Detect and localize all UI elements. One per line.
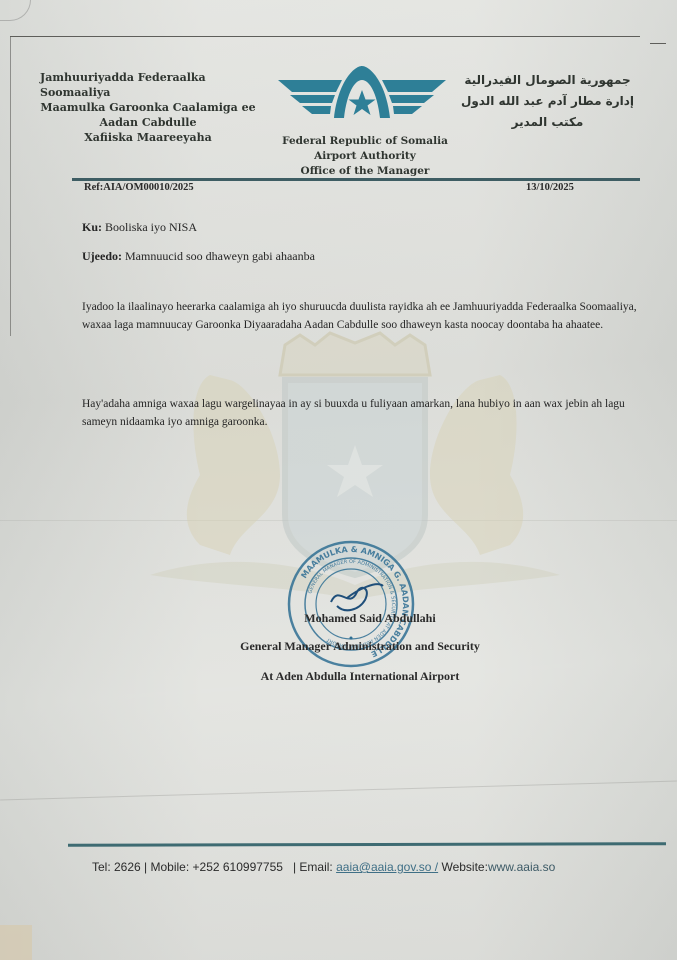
signatory-name: Mohamed Said Abdullahi [260, 611, 480, 626]
letterhead-somali-line: Aadan Cabdulle [28, 115, 268, 130]
letterhead-somali-line: Jamhuuriyadda Federaalka Soomaaliya [28, 70, 268, 100]
letterhead-somali: Jamhuuriyadda Federaalka Soomaaliya Maam… [28, 70, 268, 145]
frame-border-top [10, 36, 640, 37]
letterhead-english-line: Federal Republic of Somalia [260, 134, 470, 149]
subject-label: Ujeedo: [82, 249, 122, 263]
body-paragraph: Hay'adaha amniga waxaa lagu wargelinayaa… [82, 395, 637, 431]
recipient-value: Booliska iyo NISA [105, 220, 197, 234]
letterhead-somali-line: Xafiiska Maareeyaha [28, 130, 268, 145]
subject-value: Mamnuucid soo dhaweyn gabi ahaanba [125, 249, 315, 263]
frame-dash [650, 43, 666, 44]
footer-website-link[interactable]: www.aaia.so [488, 860, 555, 874]
header-divider [72, 178, 640, 181]
footer-email-link[interactable]: aaia@aaia.gov.so [336, 860, 431, 874]
subject-line: Ujeedo: Mamnuucid soo dhaweyn gabi ahaan… [82, 249, 315, 264]
body-paragraph: Iyadoo la ilaalinayo heerarka caalamiga … [82, 298, 637, 334]
letterhead-somali-line: Maamulka Garoonka Caalamiga ee [28, 100, 268, 115]
letterhead-arabic-line: جمهورية الصومال الفيدرالية [460, 70, 635, 91]
letterhead-english-line: Airport Authority [260, 149, 470, 164]
paper-stain [0, 925, 32, 960]
letter-date: 13/10/2025 [526, 182, 574, 193]
footer-tel: Tel: 2626 [92, 860, 141, 874]
frame-border-left [10, 36, 11, 336]
letterhead-english-line: Office of the Manager [260, 164, 470, 179]
winged-star-emblem-icon [276, 62, 448, 120]
recipient-label: Ku: [82, 220, 102, 234]
stamp-inner-text: GENERAL MANAGER OF ADMINISTRATION & SECU… [307, 559, 396, 649]
footer-website-label: Website: [441, 860, 487, 874]
letterhead-arabic: جمهورية الصومال الفيدرالية إدارة مطار آد… [460, 70, 635, 133]
recipient-line: Ku: Booliska iyo NISA [82, 220, 197, 235]
footer-email-label: Email: [299, 860, 332, 874]
letterhead-arabic-line: إدارة مطار آدم عبد الله الدول [460, 91, 635, 112]
reference-number: Ref:AIA/OM00010/2025 [84, 182, 194, 193]
letterhead-arabic-line: مكتب المدير [460, 112, 635, 133]
signatory-place: At Aden Abdulla International Airport [200, 669, 520, 684]
letterhead-english: Federal Republic of Somalia Airport Auth… [260, 134, 470, 179]
svg-text:GENERAL MANAGER OF ADMINISTRAT: GENERAL MANAGER OF ADMINISTRATION & SECU… [307, 559, 396, 649]
signatory-title: General Manager Administration and Secur… [200, 639, 520, 654]
footer-mobile: Mobile: +252 610997755 [151, 860, 283, 874]
footer-contact: Tel: 2626 | Mobile: +252 610997755 | Ema… [92, 860, 555, 874]
